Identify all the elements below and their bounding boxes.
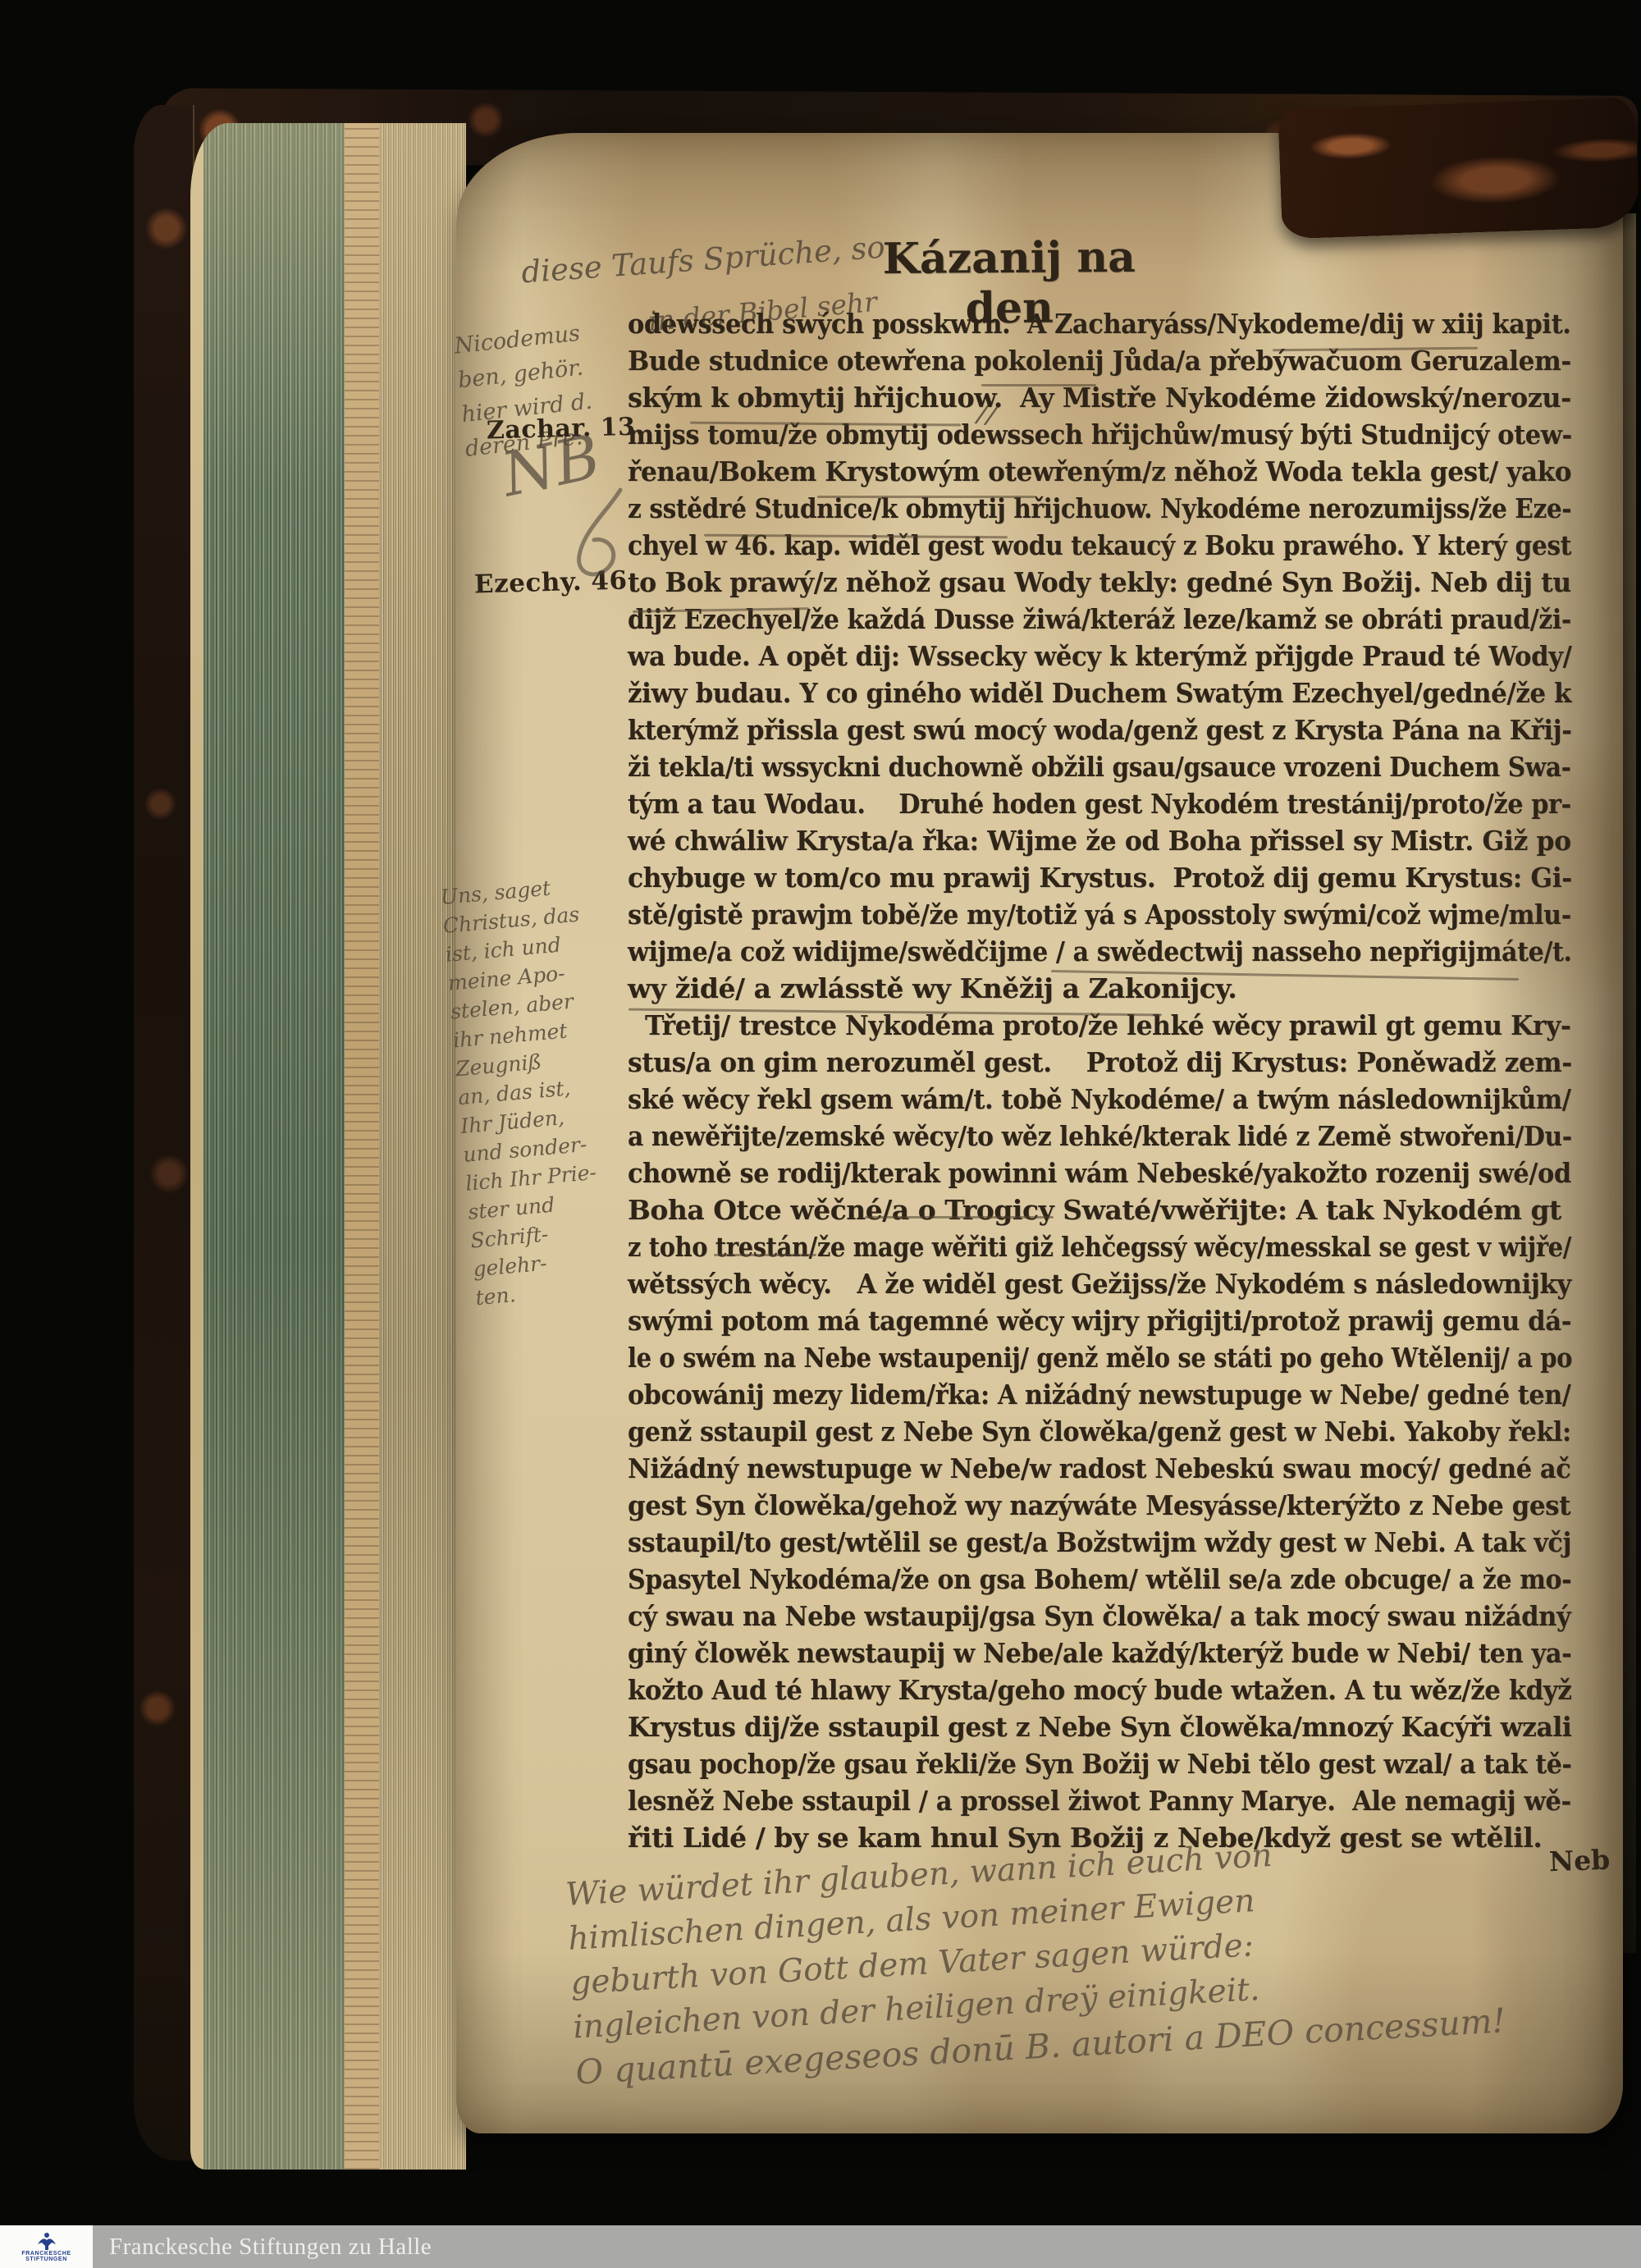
printed-text-line: ži tekla/ti wssyckni duchowně obžili gsa…	[628, 748, 1478, 785]
institution-logo: FRANCKESCHE STIFTUNGEN	[0, 2225, 93, 2268]
printed-text-line: Boha Otce wěčné/a o Trogicy Swaté/vwěřij…	[628, 1191, 1571, 1228]
printed-text-line: wijme/a což widijme/swědčijme / a swědec…	[628, 933, 1491, 970]
printed-text-line: stus/a on gim nerozuměl gest. Protož dij…	[628, 1044, 1526, 1081]
printed-text-line: wy židé/ a zwlásstě wy Kněžij a Zakonijc…	[628, 970, 1571, 1007]
page-edge-band-tan	[345, 123, 379, 2170]
printed-text-line: wětssých wěcy. A že widěl gest Gežijss/ž…	[628, 1265, 1510, 1302]
printed-text-line: chowně se rodij/kterak powinni wám Nebes…	[628, 1155, 1502, 1191]
institution-name: Franckesche Stiftungen zu Halle	[109, 2225, 432, 2268]
ink-underline	[817, 496, 1035, 498]
logo-caption-line: FRANCKESCHE	[21, 2251, 71, 2257]
printed-text-line: kožto Aud té hlawy Krysta/geho mocý bude…	[628, 1671, 1511, 1708]
printed-text-line: žiwy budau. Y co giného widěl Duchem Swa…	[628, 674, 1515, 711]
logo-caption-line: STIFTUNGEN	[21, 2257, 71, 2263]
printed-text-line: Krystus dij/že sstaupil gest z Nebe Syn …	[628, 1708, 1526, 1745]
printed-text-line: chyel w 46. kap. widěl gest wodu tekaucý…	[628, 527, 1479, 564]
ink-flourish	[563, 486, 637, 584]
handwritten-interlinear-note: diese Taufs Sprüche, so	[520, 230, 886, 290]
printed-text-line: chybuge w tom/co mu prawij Krystus. Prot…	[628, 859, 1526, 896]
printed-text-line: ské wěcy řekl gsem wám/t. tobě Nykodéme/…	[628, 1081, 1504, 1118]
handwritten-side-marginalia: Uns, sagetChristus, dasist, ich undmeine…	[439, 871, 613, 1313]
book-cover-edge	[134, 105, 194, 2161]
printed-text-line: sstaupil/to gest/wtělil se gest/a Božstw…	[628, 1524, 1496, 1561]
printed-text-line: cý swau na Nebe wstaupij/gsa Syn člowěka…	[628, 1598, 1505, 1635]
printed-text-line: obcowánij mezy lidem/řka: A nižádný news…	[628, 1376, 1495, 1413]
printed-text-line: giný člowěk newstaupij w Nebe/ale každý/…	[628, 1635, 1502, 1671]
ink-underline	[981, 384, 1096, 386]
printed-text-line: genž sstaupil gest z Nebe Syn člowěka/ge…	[628, 1413, 1495, 1450]
printed-text-line: tým a tau Wodau. Druhé hoden gest Nykodé…	[628, 785, 1497, 822]
printed-text-line: Spasytel Nykodéma/že on gsa Bohem/ wtěli…	[628, 1561, 1489, 1598]
ink-underline	[714, 1254, 816, 1256]
printed-text-line: kterýmž přissla gest swú mocý woda/genž …	[628, 711, 1502, 748]
printed-text-line: gest Syn člowěka/gehož wy nazýwáte Mesyá…	[628, 1487, 1515, 1524]
printed-text-line: wa bude. A opět dij: Wssecky wěcy k kter…	[628, 638, 1509, 674]
printed-text-line: le o swém na Nebe wstaupenij/ genž mělo …	[628, 1339, 1460, 1376]
page-edge-band	[190, 123, 203, 2170]
printed-text-line: gsau pochop/že gsau řekli/že Syn Božij w…	[628, 1745, 1489, 1782]
catchword: Neb	[1548, 1844, 1611, 1878]
page-edges-stack	[190, 123, 466, 2170]
ink-underline	[865, 1216, 1054, 1219]
printed-text-line: Nižádný newstupuge w Nebe/w radost Nebes…	[628, 1450, 1502, 1487]
printed-text-line: z sstědré Studnice/k obmytij hřijchuow. …	[628, 490, 1477, 527]
franckesche-eagle-icon	[36, 2231, 57, 2251]
printed-text-line: swými potom má tagemné wěcy wijry přigij…	[628, 1302, 1509, 1339]
printed-text-line: a newěřijte/zemské wěcy/to wěz lehké/kte…	[628, 1118, 1484, 1155]
handwritten-bottom-note: Wie würdet ihr glauben, wann ich euch vo…	[565, 1822, 1506, 2095]
printed-text-line: dijž Ezechyel/že každá Dusse žiwá/kteráž…	[628, 601, 1485, 638]
printed-text-line: wé chwáliw Krysta/a řka: Wijme že od Boh…	[628, 822, 1531, 859]
printed-text-line: z toho trestán/že mage wěřiti giž lehčeg…	[628, 1228, 1458, 1265]
page-edge-band-striated	[379, 123, 466, 2170]
printed-text-line: řenau/Bokem Krystowým otewřeným/z něhož …	[628, 453, 1521, 490]
printed-text-block: odewssech swých posskwrn. A Zacharyáss/N…	[628, 305, 1576, 1856]
printed-text-line: stě/gistě prawjm tobě/že my/totiž yá s A…	[628, 896, 1495, 933]
logo-caption: FRANCKESCHE STIFTUNGEN	[21, 2251, 71, 2263]
page-edge-band-green	[203, 123, 345, 2170]
book-page: diese Taufs Sprüche, so in der Bibel seh…	[456, 133, 1623, 2133]
printed-text-line: lesněž Nebe sstaupil / a prossel žiwot P…	[628, 1782, 1506, 1819]
printed-text-line: odewssech swých posskwrn. A Zacharyáss/N…	[628, 305, 1502, 342]
torn-leather-corner	[1278, 97, 1639, 239]
printed-text-line: to Bok prawý/z něhož gsau Wody tekly: ge…	[628, 564, 1533, 601]
scanned-book-photo: diese Taufs Sprüche, so in der Bibel seh…	[0, 0, 1641, 2268]
viewer-footer: FRANCKESCHE STIFTUNGEN Franckesche Stift…	[0, 2225, 1641, 2268]
